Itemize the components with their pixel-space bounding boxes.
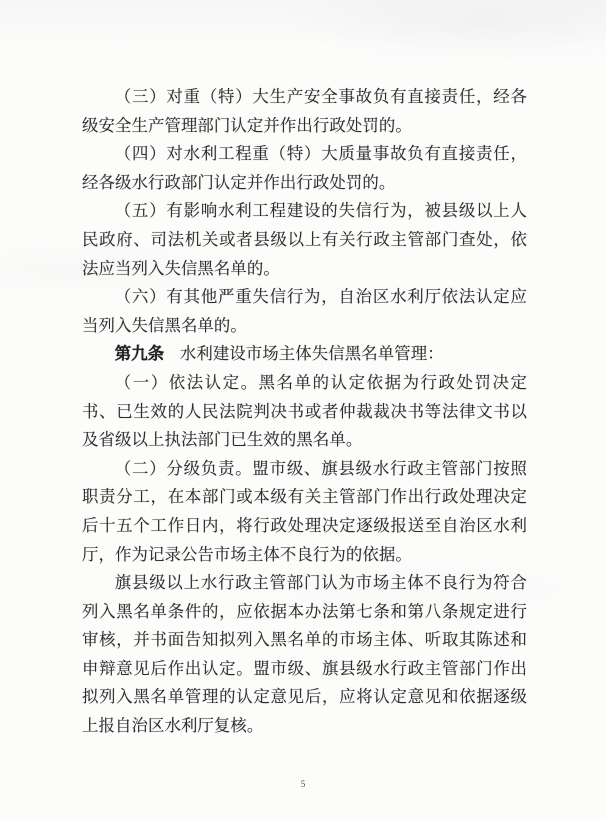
paragraph-text: 水利建设市场主体失信黑名单管理： <box>180 344 444 363</box>
article-number: 第九条 <box>115 344 164 363</box>
paragraph-text: （一）依法认定。黑名单的认定依据为行政处罚决定书、已生效的人民法院判决书或者仲裁… <box>82 373 527 449</box>
paragraph-text: （二）分级负责。盟市级、旗县级水行政主管部门按照职责分工，在本部门或本级有关主管… <box>82 459 527 564</box>
paragraph-text: 旗县级以上水行政主管部门认为市场主体不良行为符合列入黑名单条件的，应依据本办法第… <box>82 573 527 735</box>
page-number: 5 <box>0 779 606 789</box>
paragraph: 旗县级以上水行政主管部门认为市场主体不良行为符合列入黑名单条件的，应依据本办法第… <box>82 569 527 741</box>
document-page: （三）对重（特）大生产安全事故负有直接责任，经各级安全生产管理部门认定并作出行政… <box>0 0 606 819</box>
paragraph: （二）分级负责。盟市级、旗县级水行政主管部门按照职责分工，在本部门或本级有关主管… <box>82 455 527 569</box>
document-body: （三）对重（特）大生产安全事故负有直接责任，经各级安全生产管理部门认定并作出行政… <box>82 83 527 741</box>
paragraph-text: （三）对重（特）大生产安全事故负有直接责任，经各级安全生产管理部门认定并作出行政… <box>82 87 527 135</box>
paragraph-text: （四）对水利工程重（特）大质量事故负有直接责任，经各级水行政部门认定并作出行政处… <box>82 144 527 192</box>
paragraph: （一）依法认定。黑名单的认定依据为行政处罚决定书、已生效的人民法院判决书或者仲裁… <box>82 369 527 455</box>
paragraph: （三）对重（特）大生产安全事故负有直接责任，经各级安全生产管理部门认定并作出行政… <box>82 83 527 140</box>
paragraph: 第九条水利建设市场主体失信黑名单管理： <box>82 340 527 369</box>
paragraph-text: （六）有其他严重失信行为，自治区水利厅依法认定应当列入失信黑名单的。 <box>82 287 527 335</box>
paragraph: （四）对水利工程重（特）大质量事故负有直接责任，经各级水行政部门认定并作出行政处… <box>82 140 527 197</box>
paragraph-text: （五）有影响水利工程建设的失信行为，被县级以上人民政府、司法机关或者县级以上有关… <box>82 201 527 277</box>
paragraph: （五）有影响水利工程建设的失信行为，被县级以上人民政府、司法机关或者县级以上有关… <box>82 197 527 283</box>
paragraph: （六）有其他严重失信行为，自治区水利厅依法认定应当列入失信黑名单的。 <box>82 283 527 340</box>
